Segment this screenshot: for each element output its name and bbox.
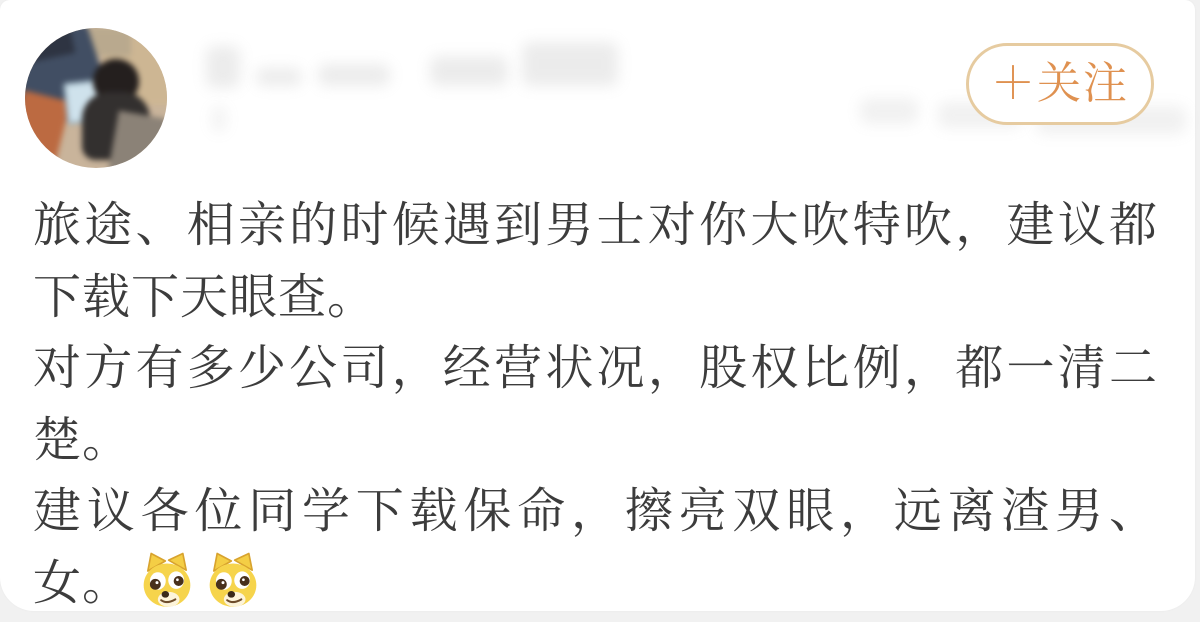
post-card: ＋关注 旅途、相亲的时候遇到男士对你大吹特吹，建议都下载下天眼查。 对方有多少公…: [0, 0, 1195, 611]
avatar-photo: [25, 28, 167, 168]
post-text: 旅途、相亲的时候遇到男士对你大吹特吹，建议都下载下天眼查。 对方有多少公司，经营…: [33, 190, 1158, 619]
page-background: ＋关注 旅途、相亲的时候遇到男士对你大吹特吹，建议都下载下天眼查。 对方有多少公…: [0, 0, 1200, 622]
avatar[interactable]: [25, 28, 167, 168]
post-paragraph: 旅途、相亲的时候遇到男士对你大吹特吹，建议都下载下天眼查。: [33, 190, 1158, 333]
post-paragraph: 对方有多少公司，经营状况，股权比例，都一清二楚。: [33, 333, 1158, 476]
post-paragraph: 建议各位同学下载保命，擦亮双眼，远离渣男、女。: [33, 476, 1158, 619]
doge-emoji: [137, 551, 197, 611]
follow-button[interactable]: ＋关注: [966, 43, 1154, 125]
doge-emoji: [203, 551, 263, 611]
